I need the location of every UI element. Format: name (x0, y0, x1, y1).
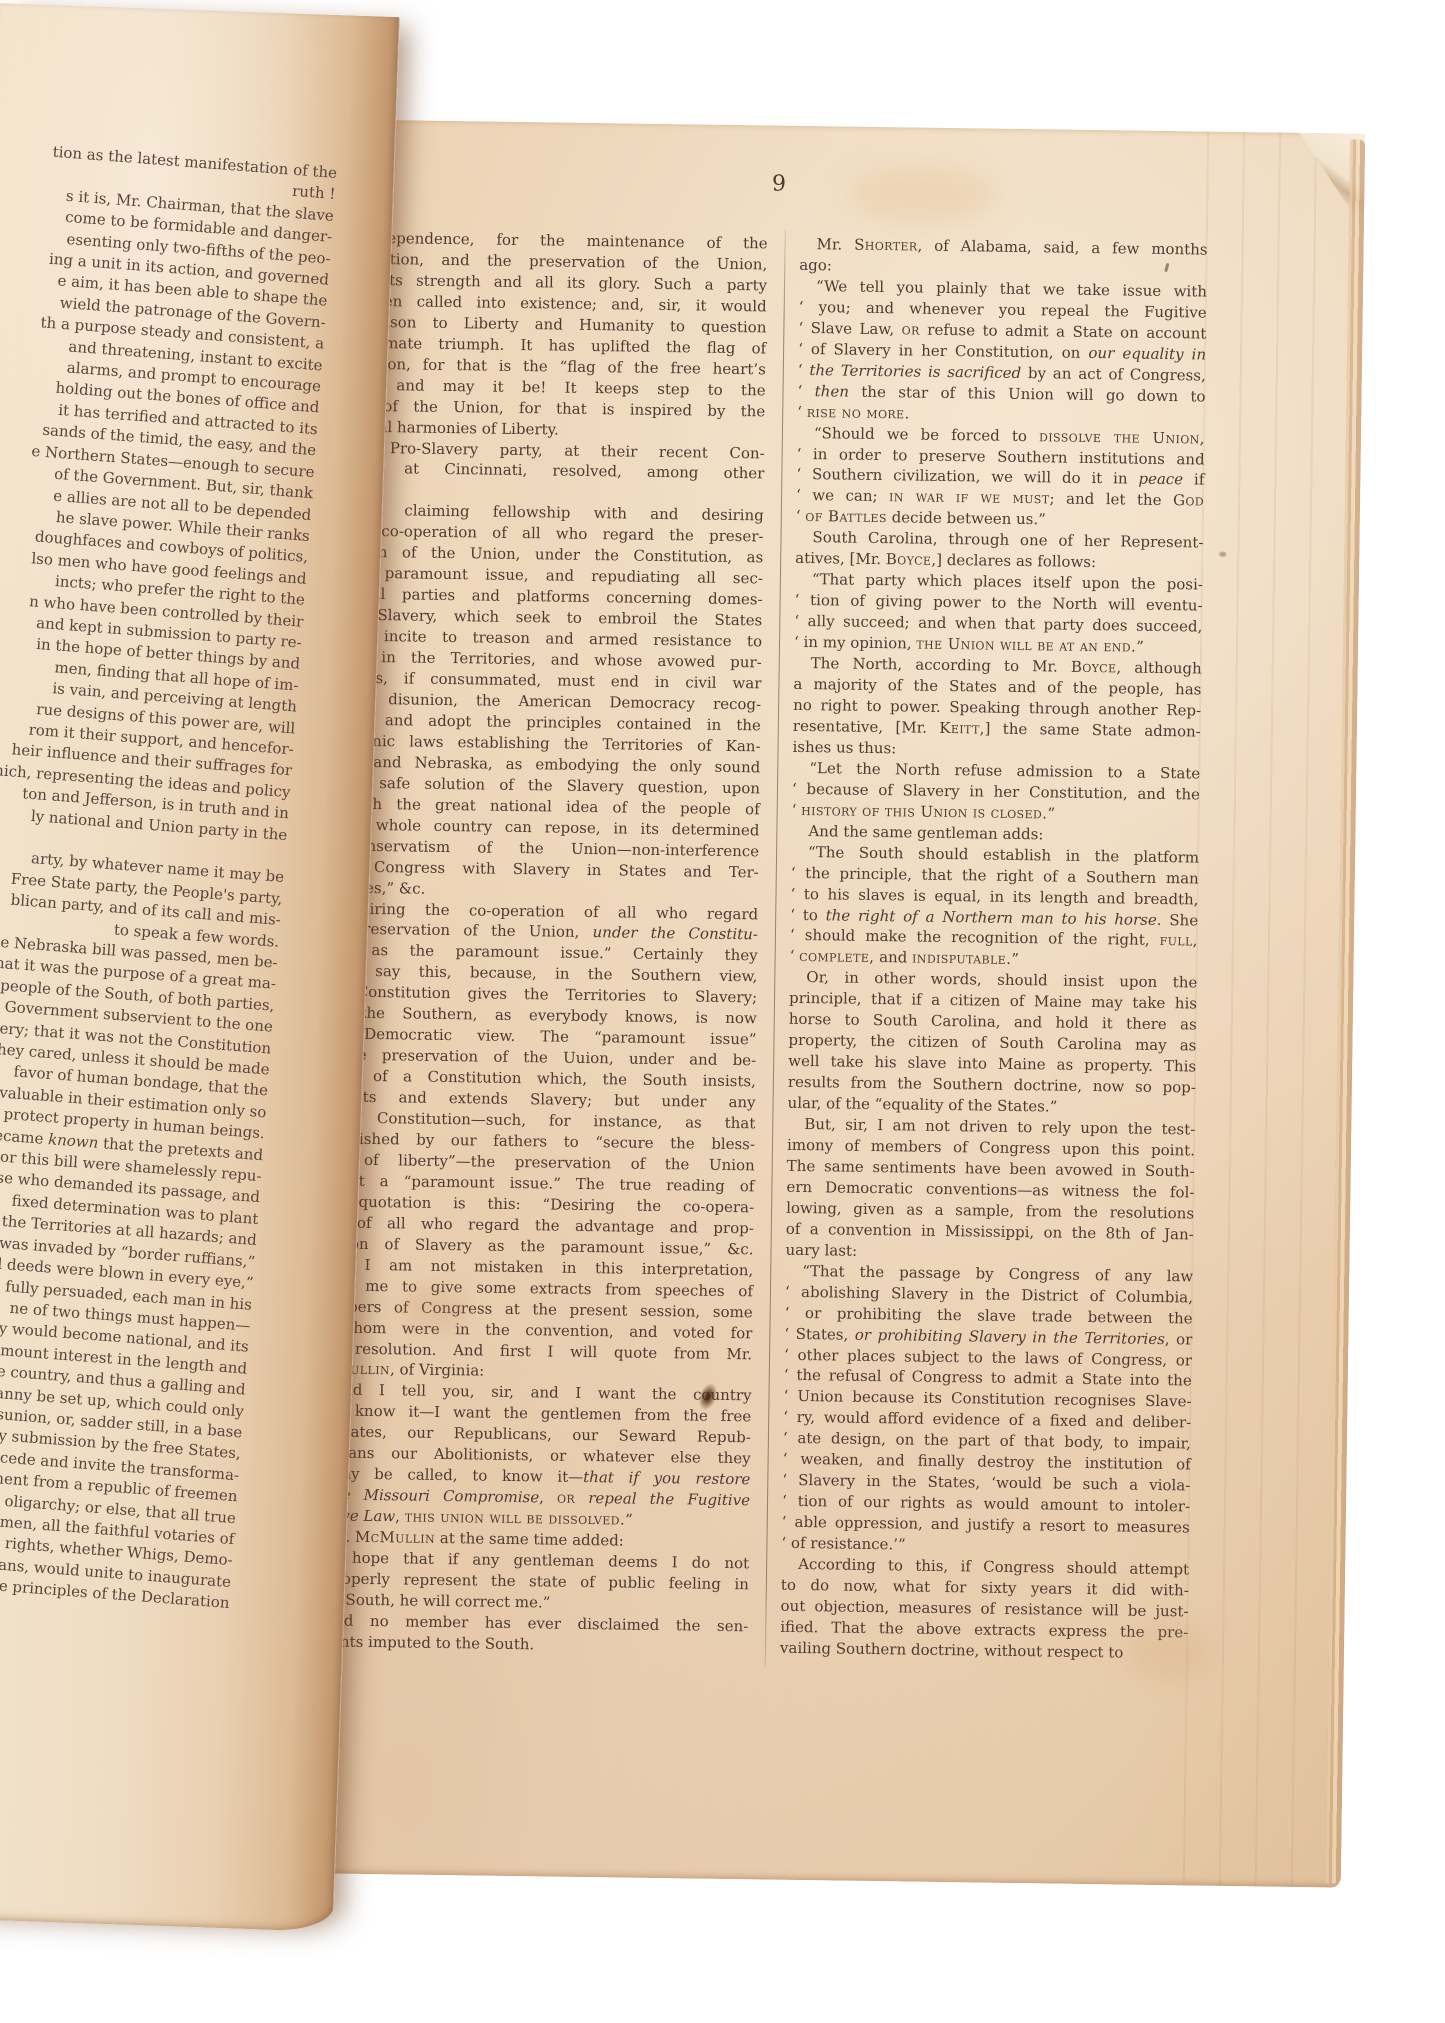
right-page: 9 of Independence, for the maintenance o… (241, 118, 1365, 1887)
foxing-dot (1219, 552, 1226, 557)
left-page-curled: tion as the latest manifestation of ther… (0, 3, 400, 1932)
text-column-right: Mr. Shorter, of Alabama, said, a few mon… (780, 234, 1208, 1664)
page-number: 9 (734, 171, 824, 197)
left-page-text-column: tion as the latest manifestation of ther… (0, 138, 338, 1615)
foxing-patch (849, 167, 1000, 224)
fore-edge-streaks (1183, 132, 1347, 1888)
dog-ear-corner-fold (1298, 133, 1365, 230)
book-photo: 9 of Independence, for the maintenance o… (0, 0, 1445, 2023)
